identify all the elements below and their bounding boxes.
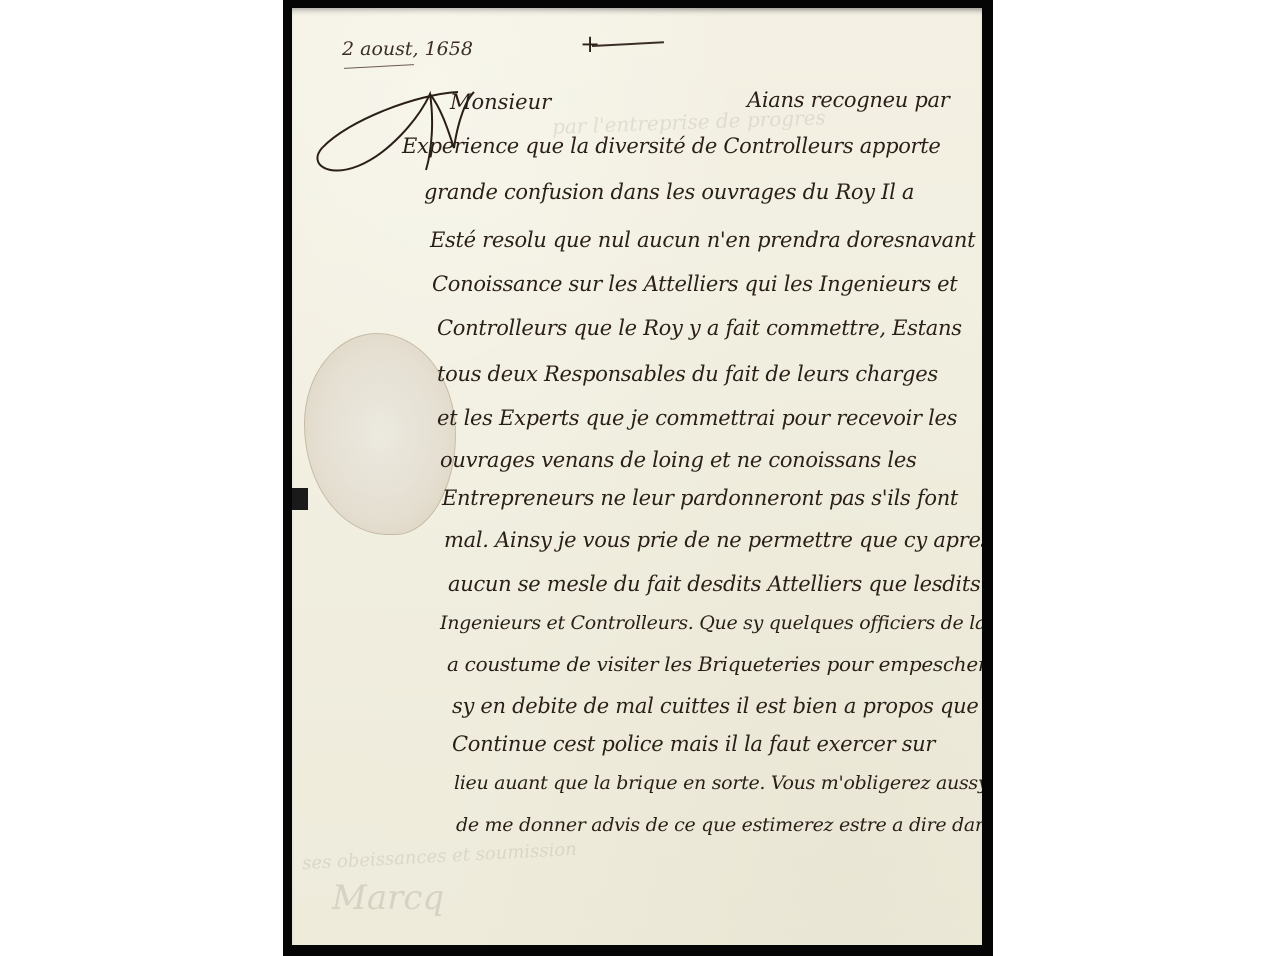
manuscript-page: par l'entreprise de progres ses obeissan… xyxy=(292,8,982,945)
letter-line-16: Continue cest police mais il la faut exe… xyxy=(452,732,935,756)
letter-line-18: de me donner advis de ce que estimerez e… xyxy=(456,814,982,836)
letter-line-13: Ingenieurs et Controlleurs. Que sy quelq… xyxy=(440,612,982,634)
paper-tear xyxy=(292,488,308,510)
letter-line-14: a coustume de visiter les Briqueteries p… xyxy=(447,652,982,676)
letter-line-3: grande confusion dans les ouvrages du Ro… xyxy=(424,180,914,204)
letter-line-2: Experience que la diversité de Controlle… xyxy=(402,134,941,158)
letter-line-15: sy en debite de mal cuittes il est bien … xyxy=(452,694,979,718)
letter-date: 2 aoust, 1658 xyxy=(342,38,473,60)
letter-line-6: Controlleurs que le Roy y a fait commett… xyxy=(437,316,962,340)
letter-line-4: Esté resolu que nul aucun n'en prendra d… xyxy=(430,228,975,252)
letter-line-9: ouvrages venans de loing et ne conoissan… xyxy=(440,448,916,472)
letter-line-11: mal. Ainsy je vous prie de ne permettre … xyxy=(444,528,982,552)
letter-line-1: Aians recogneu par xyxy=(747,88,949,112)
letter-line-17: lieu auant que la brique en sorte. Vous … xyxy=(454,772,982,794)
letter-line-12: aucun se mesle du fait desdits Attellier… xyxy=(448,572,982,596)
letter-line-5: Conoissance sur les Attelliers qui les I… xyxy=(432,272,957,296)
bleed-through-text: ses obeissances et soumission xyxy=(302,839,578,874)
letter-line-8: et les Experts que je commettrai pour re… xyxy=(437,406,957,430)
letter-line-7: tous deux Responsables du fait de leurs … xyxy=(437,362,938,386)
bleed-through-signature: Marcq xyxy=(332,878,444,918)
cross-stroke xyxy=(592,41,664,47)
letter-line-10: Entrepreneurs ne leur pardonneront pas s… xyxy=(442,486,958,510)
water-stain xyxy=(304,333,456,535)
date-underline xyxy=(344,64,414,69)
salutation: Monsieur xyxy=(450,90,551,114)
